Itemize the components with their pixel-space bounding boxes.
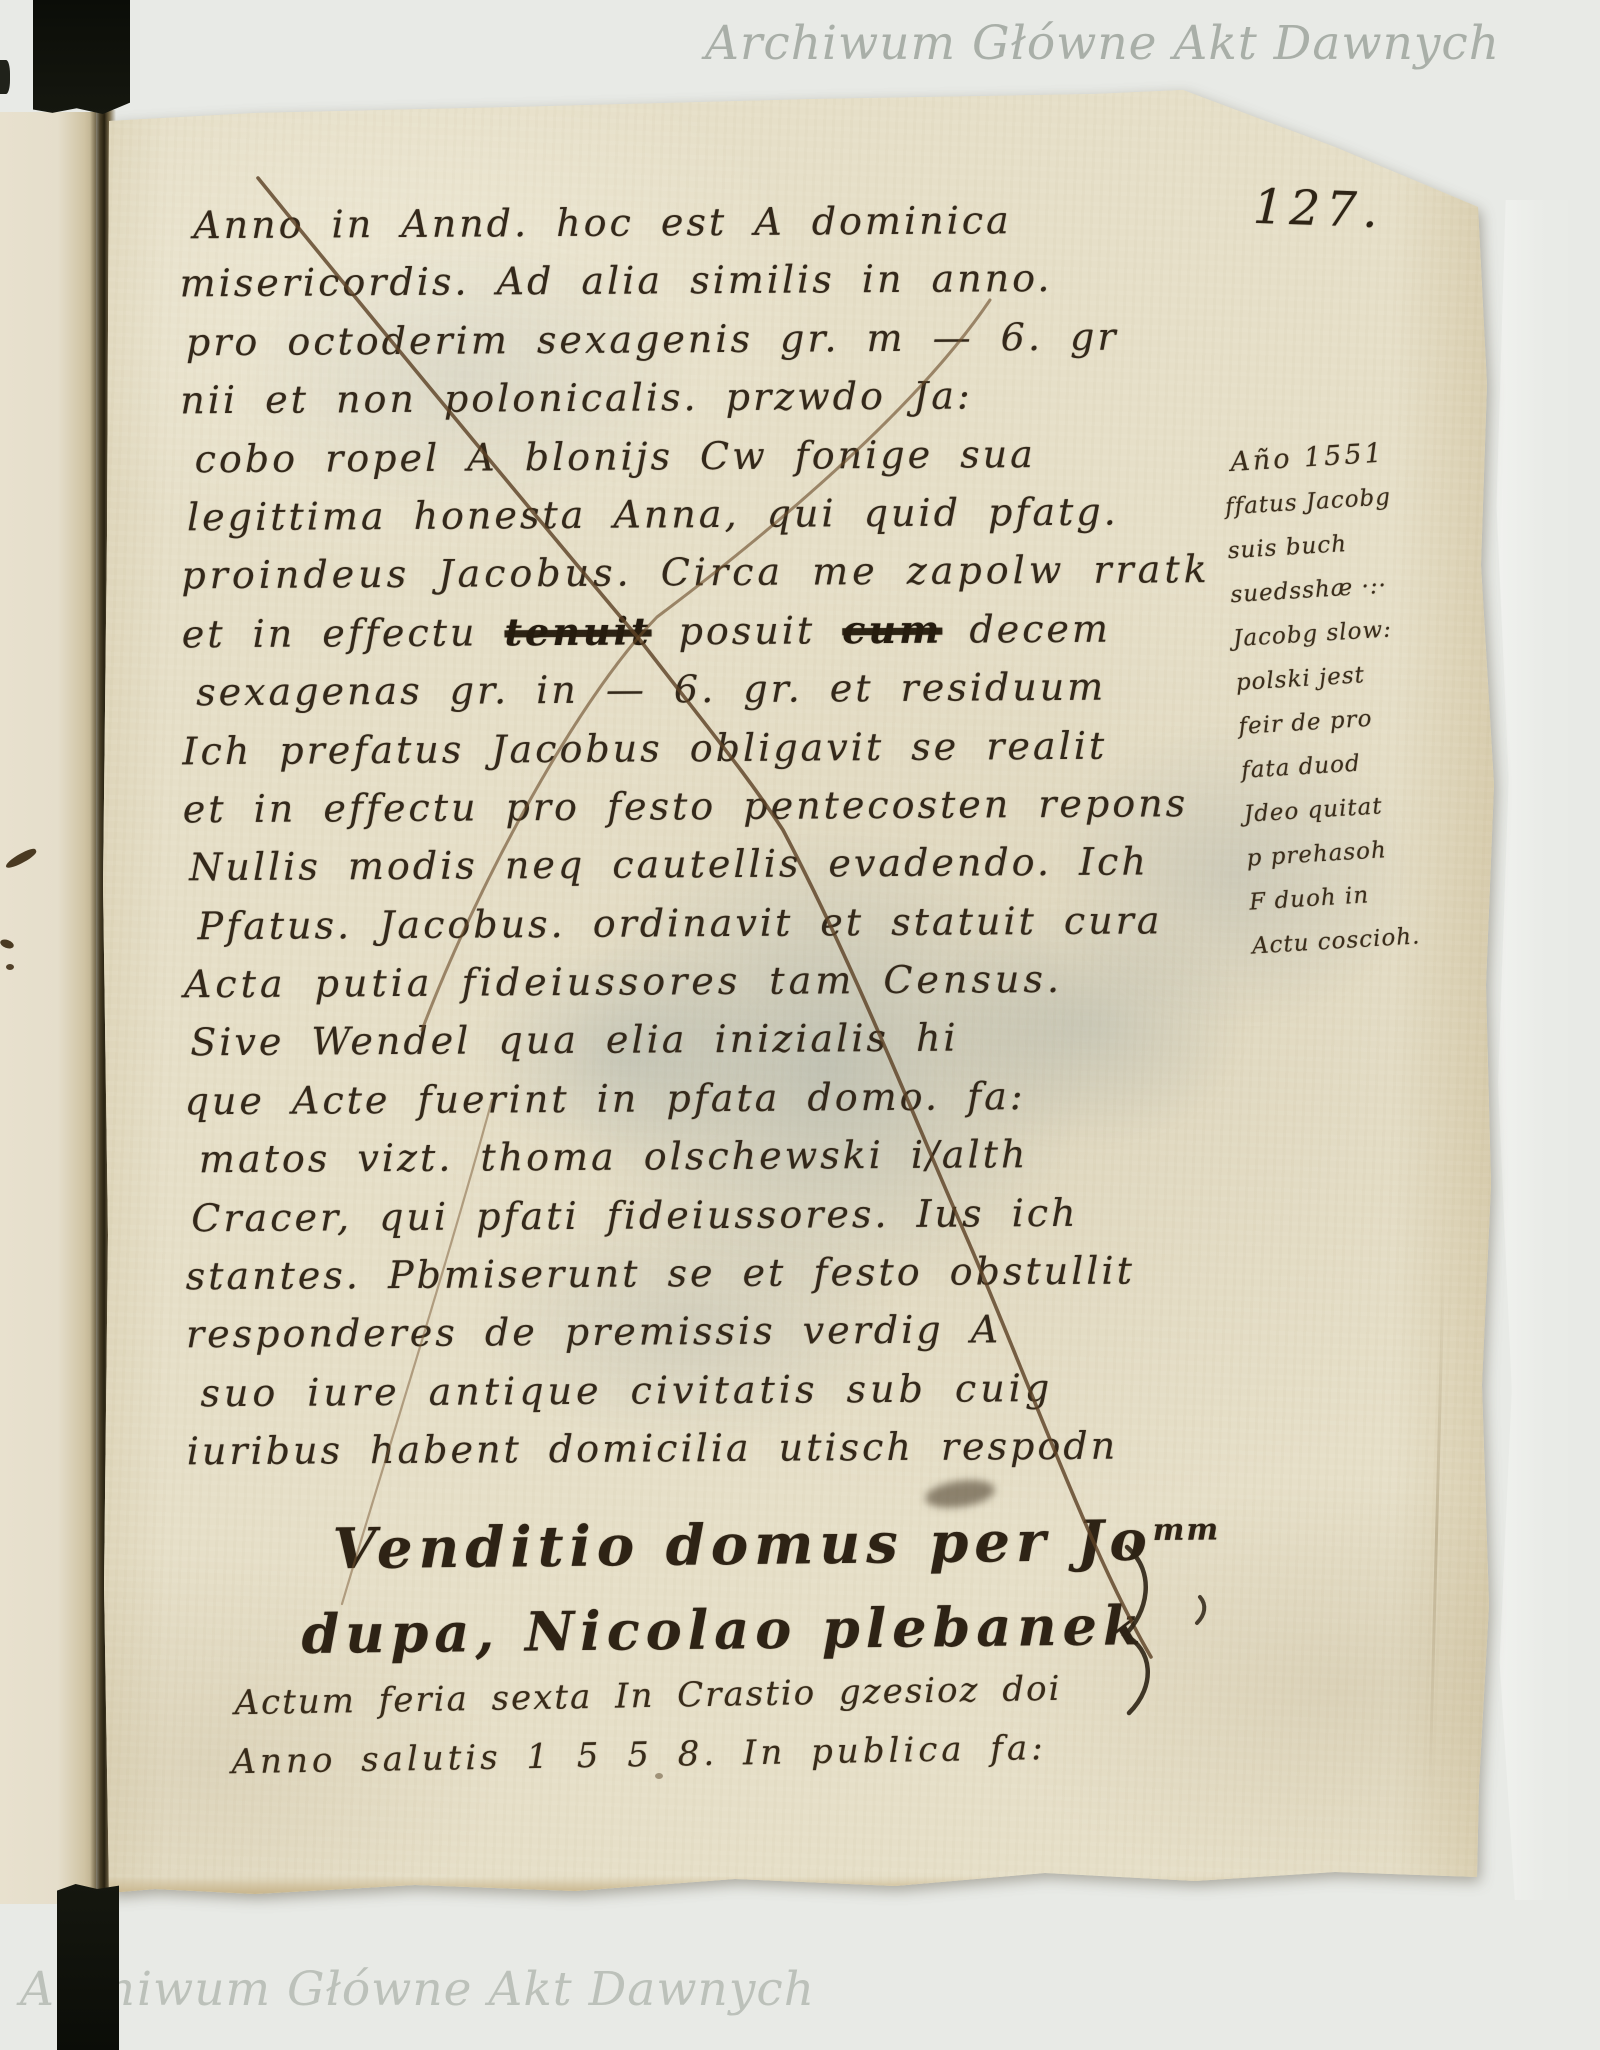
- text-line: iuribus habent domicilia utisch respodn: [187, 1416, 1272, 1481]
- text-line: Sive Wendel qua elia inizialis hi: [190, 1007, 1269, 1072]
- paper-fleck: [1361, 97, 1371, 104]
- paper-crease: [1428, 1265, 1445, 1805]
- ink-speck: [0, 938, 15, 950]
- paper-fleck: [655, 1773, 663, 1779]
- torn-bottom-edge: [95, 1876, 1507, 1902]
- text-segment: et in effectu: [182, 610, 478, 656]
- text-line: responderes de premissis verdig A: [186, 1299, 1271, 1364]
- black-tape-top: [33, 0, 130, 114]
- text-line: Pfatus. Jacobus. ordinavit et statuit cu…: [197, 890, 1268, 955]
- text-line: matos vizt. thoma olschewski i/alth: [199, 1124, 1270, 1189]
- text-line: nii et non polonicalis. przwdo Ja:: [180, 365, 1265, 430]
- text-line-with-strikethrough: et in effectu tenuit posuit cum decem: [182, 598, 1267, 663]
- text-line: que Acte fuerint in pfata domo. fa:: [184, 1066, 1269, 1131]
- text-line: Cracer, qui pfati fideiussores. Ius ich: [191, 1182, 1270, 1247]
- text-line: suo iure antique civitatis sub cuig: [200, 1357, 1271, 1422]
- struck-word: cum: [842, 606, 942, 652]
- margin-note: Año 1551 ffatus Jacobg suis buch suedssh…: [1221, 425, 1515, 968]
- text-segment: decem: [969, 606, 1111, 651]
- text-line: stantes. Pbmiserunt se et festo obstulli…: [186, 1241, 1271, 1306]
- archive-watermark-top: Archiwum Główne Akt Dawnych: [705, 16, 1500, 71]
- manuscript-page: 127. Anno in Annd. hoc est A dominica mi…: [95, 85, 1507, 1910]
- text-line: pro octoderim sexagenis gr. m — 6. gr: [186, 306, 1265, 371]
- text-line: misericordis. Ad alia similis in anno.: [179, 248, 1264, 313]
- text-segment: posuit: [678, 608, 815, 653]
- text-line: proindeus Jacobus. Circa me zapolw rratk: [181, 540, 1266, 605]
- scanner-edge-speck: [0, 60, 10, 94]
- black-tape-bottom: [57, 1884, 119, 2050]
- text-line: legittima honesta Anna, qui quid pfatg.: [187, 482, 1266, 547]
- ink-speck: [6, 964, 14, 970]
- section-heading: Venditio domus per Jomm dupa, Nicolao pl…: [332, 1488, 1222, 1675]
- parchment-surface: 127. Anno in Annd. hoc est A dominica mi…: [95, 85, 1507, 1910]
- text-line: cobo ropel A blonijs Cw fonige sua: [195, 423, 1266, 488]
- text-line: sexagenas gr. in — 6. gr. et residuum: [196, 657, 1267, 722]
- heading-line: Venditio domus per Jomm: [332, 1488, 1221, 1591]
- left-page-edge: [0, 112, 96, 1904]
- text-line: Anno in Annd. hoc est A dominica: [193, 190, 1264, 255]
- archive-scan: Archiwum Główne Akt Dawnych Archiwum Głó…: [0, 0, 1600, 2050]
- ink-speck: [4, 847, 38, 871]
- heading-line: dupa, Nicolao plebanek: [301, 1582, 1222, 1676]
- text-line: et in effectu pro festo pentecosten repo…: [183, 774, 1268, 839]
- body-text: Anno in Annd. hoc est A dominica miseric…: [179, 190, 1272, 1481]
- heading-text: Venditio domus per Jo: [332, 1508, 1153, 1583]
- heading-superscript: mm: [1153, 1512, 1221, 1548]
- archive-watermark-bottom: Archiwum Główne Akt Dawnych: [20, 1962, 815, 2017]
- page-number: 127.: [1252, 179, 1385, 240]
- struck-word: tenuit: [504, 608, 651, 654]
- text-line: Nullis modis neq cautellis evadendo. Ich: [189, 832, 1268, 897]
- text-line: Acta putia fideiussores tam Census.: [184, 949, 1269, 1014]
- closing-lines: Actum feria sexta In Crastio gzesioz doi…: [234, 1660, 1063, 1792]
- text-line: Ich prefatus Jacobus obligavit se realit: [182, 715, 1267, 780]
